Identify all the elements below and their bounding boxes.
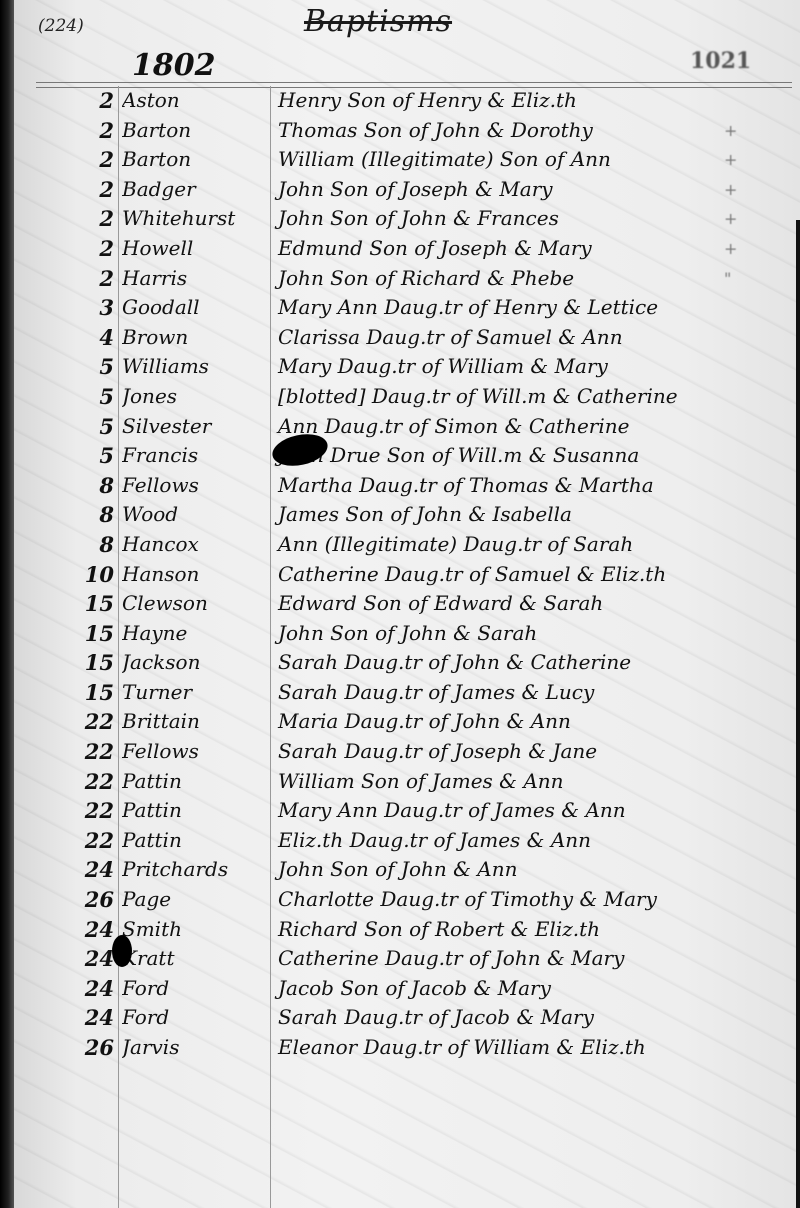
entry-row: 2 Badger John Son of Joseph & Mary + bbox=[14, 175, 800, 205]
entry-row: 24 Ford Jacob Son of Jacob & Mary bbox=[14, 974, 800, 1004]
entry-day: 2 bbox=[58, 145, 114, 175]
entry-day: 5 bbox=[58, 412, 114, 442]
entry-surname: Williams bbox=[122, 352, 270, 382]
entry-text: Catherine Daug.tr of Samuel & Eliz.th bbox=[278, 560, 778, 590]
entry-text: William Son of James & Ann bbox=[278, 767, 778, 797]
entry-day: 10 bbox=[58, 560, 114, 590]
folio-number: (224) bbox=[38, 16, 84, 36]
entry-surname: Ford bbox=[122, 1003, 270, 1033]
entry-text: Mary Daug.tr of William & Mary bbox=[278, 352, 778, 382]
entry-surname: Smith bbox=[122, 915, 270, 945]
entry-day: 5 bbox=[58, 382, 114, 412]
entry-row: 2 Whitehurst John Son of John & Frances … bbox=[14, 204, 800, 234]
entry-row: 22 Pattin Eliz.th Daug.tr of James & Ann bbox=[14, 826, 800, 856]
entry-day: 2 bbox=[58, 234, 114, 264]
entry-day: 15 bbox=[58, 589, 114, 619]
entry-row: 3 Goodall Mary Ann Daug.tr of Henry & Le… bbox=[14, 293, 800, 323]
entry-row: 22 Pattin Mary Ann Daug.tr of James & An… bbox=[14, 796, 800, 826]
entry-row: 22 Fellows Sarah Daug.tr of Joseph & Jan… bbox=[14, 737, 800, 767]
entry-day: 8 bbox=[58, 500, 114, 530]
entry-surname: Clewson bbox=[122, 589, 270, 619]
entry-surname: Fellows bbox=[122, 471, 270, 501]
entry-day: 15 bbox=[58, 648, 114, 678]
entry-text: Henry Son of Henry & Eliz.th bbox=[278, 86, 778, 116]
entry-text: John Son of John & Frances bbox=[278, 204, 778, 234]
entry-surname: Whitehurst bbox=[122, 204, 270, 234]
entry-surname: Brown bbox=[122, 323, 270, 353]
entry-day: 22 bbox=[58, 796, 114, 826]
entry-text: Richard Son of Robert & Eliz.th bbox=[278, 915, 778, 945]
entry-surname: Harris bbox=[122, 264, 270, 294]
baptism-entries: 2 Aston Henry Son of Henry & Eliz.th 2 B… bbox=[14, 86, 800, 1063]
entry-surname: Jones bbox=[122, 382, 270, 412]
entry-day: 2 bbox=[58, 204, 114, 234]
entry-row: 5 Francis John Drue Son of Will.m & Susa… bbox=[14, 441, 800, 471]
page-title: Baptisms bbox=[304, 4, 452, 39]
entry-day: 5 bbox=[58, 352, 114, 382]
entry-row: 2 Aston Henry Son of Henry & Eliz.th bbox=[14, 86, 800, 116]
entry-day: 2 bbox=[58, 175, 114, 205]
entry-row: 15 Jackson Sarah Daug.tr of John & Cathe… bbox=[14, 648, 800, 678]
entry-row: 5 Williams Mary Daug.tr of William & Mar… bbox=[14, 352, 800, 382]
entry-text: James Son of John & Isabella bbox=[278, 500, 778, 530]
entry-day: 5 bbox=[58, 441, 114, 471]
book-spine-edge bbox=[0, 0, 14, 1208]
entry-surname: Pattin bbox=[122, 826, 270, 856]
entry-row: 2 Barton William (Illegitimate) Son of A… bbox=[14, 145, 800, 175]
entry-text: John Son of John & Ann bbox=[278, 855, 778, 885]
entry-day: 8 bbox=[58, 530, 114, 560]
entry-margin-mark: + bbox=[724, 116, 744, 146]
entry-text: Sarah Daug.tr of Jacob & Mary bbox=[278, 1003, 778, 1033]
entry-margin-mark: + bbox=[724, 204, 744, 234]
entry-day: 24 bbox=[58, 855, 114, 885]
entry-text: John Son of John & Sarah bbox=[278, 619, 778, 649]
entry-day: 4 bbox=[58, 323, 114, 353]
entry-row: 2 Barton Thomas Son of John & Dorothy + bbox=[14, 116, 800, 146]
entry-surname: Ford bbox=[122, 974, 270, 1004]
entry-day: 24 bbox=[58, 915, 114, 945]
entry-surname: Page bbox=[122, 885, 270, 915]
entry-surname: Pattin bbox=[122, 767, 270, 797]
entry-text: Mary Ann Daug.tr of Henry & Lettice bbox=[278, 293, 778, 323]
year-heading: 1802 bbox=[132, 48, 216, 83]
entry-row: 10 Hanson Catherine Daug.tr of Samuel & … bbox=[14, 560, 800, 590]
entry-surname: Turner bbox=[122, 678, 270, 708]
entry-text: Edmund Son of Joseph & Mary bbox=[278, 234, 778, 264]
entry-day: 3 bbox=[58, 293, 114, 323]
entry-day: 15 bbox=[58, 619, 114, 649]
entry-text: Mary Ann Daug.tr of James & Ann bbox=[278, 796, 778, 826]
entry-day: 26 bbox=[58, 1033, 114, 1063]
entry-day: 22 bbox=[58, 767, 114, 797]
entry-surname: Hayne bbox=[122, 619, 270, 649]
entry-day: 2 bbox=[58, 116, 114, 146]
entry-surname: Jackson bbox=[122, 648, 270, 678]
entry-text: Maria Daug.tr of John & Ann bbox=[278, 707, 778, 737]
entry-day: 24 bbox=[58, 944, 114, 974]
entry-text: Sarah Daug.tr of James & Lucy bbox=[278, 678, 778, 708]
entry-day: 2 bbox=[58, 86, 114, 116]
entry-text: Sarah Daug.tr of Joseph & Jane bbox=[278, 737, 778, 767]
entry-row: 24 Ford Sarah Daug.tr of Jacob & Mary bbox=[14, 1003, 800, 1033]
entry-surname: Hanson bbox=[122, 560, 270, 590]
register-page: (224) Baptisms 1802 1021 2 Aston Henry S… bbox=[14, 0, 800, 1208]
entry-text: Edward Son of Edward & Sarah bbox=[278, 589, 778, 619]
entry-row: 5 Silvester Ann Daug.tr of Simon & Cathe… bbox=[14, 412, 800, 442]
entry-row: 8 Hancox Ann (Illegitimate) Daug.tr of S… bbox=[14, 530, 800, 560]
entry-text: Charlotte Daug.tr of Timothy & Mary bbox=[278, 885, 778, 915]
entry-text: William (Illegitimate) Son of Ann bbox=[278, 145, 778, 175]
entry-row: 8 Wood James Son of John & Isabella bbox=[14, 500, 800, 530]
entry-surname: Brittain bbox=[122, 707, 270, 737]
entry-day: 15 bbox=[58, 678, 114, 708]
entry-row: 15 Clewson Edward Son of Edward & Sarah bbox=[14, 589, 800, 619]
entry-surname: Jarvis bbox=[122, 1033, 270, 1063]
entry-day: 24 bbox=[58, 1003, 114, 1033]
entry-surname: Pritchards bbox=[122, 855, 270, 885]
entry-text: [blotted] Daug.tr of Will.m & Catherine bbox=[278, 382, 778, 412]
entry-day: 22 bbox=[58, 707, 114, 737]
entry-day: 2 bbox=[58, 264, 114, 294]
entry-margin-mark: + bbox=[724, 175, 744, 205]
entry-text: Ann Daug.tr of Simon & Catherine bbox=[278, 412, 778, 442]
entry-text: Eleanor Daug.tr of William & Eliz.th bbox=[278, 1033, 778, 1063]
entry-text: Martha Daug.tr of Thomas & Martha bbox=[278, 471, 778, 501]
entry-surname: Kratt bbox=[122, 944, 270, 974]
entry-surname: Barton bbox=[122, 145, 270, 175]
entry-text: Catherine Daug.tr of John & Mary bbox=[278, 944, 778, 974]
entry-day: 26 bbox=[58, 885, 114, 915]
entry-row: 26 Jarvis Eleanor Daug.tr of William & E… bbox=[14, 1033, 800, 1063]
entry-surname: Fellows bbox=[122, 737, 270, 767]
entry-day: 8 bbox=[58, 471, 114, 501]
entry-text: Ann (Illegitimate) Daug.tr of Sarah bbox=[278, 530, 778, 560]
entry-margin-mark: + bbox=[724, 145, 744, 175]
entry-surname: Barton bbox=[122, 116, 270, 146]
entry-margin-mark: + bbox=[724, 234, 744, 264]
entry-surname: Silvester bbox=[122, 412, 270, 442]
entry-surname: Goodall bbox=[122, 293, 270, 323]
entry-row: 5 Jones [blotted] Daug.tr of Will.m & Ca… bbox=[14, 382, 800, 412]
entry-row: 2 Howell Edmund Son of Joseph & Mary + bbox=[14, 234, 800, 264]
entry-day: 24 bbox=[58, 974, 114, 1004]
entry-surname: Hancox bbox=[122, 530, 270, 560]
entry-surname: Aston bbox=[122, 86, 270, 116]
entry-row: 26 Page Charlotte Daug.tr of Timothy & M… bbox=[14, 885, 800, 915]
entry-text: John Son of Joseph & Mary bbox=[278, 175, 778, 205]
entry-row: 8 Fellows Martha Daug.tr of Thomas & Mar… bbox=[14, 471, 800, 501]
entry-text: Thomas Son of John & Dorothy bbox=[278, 116, 778, 146]
entry-row: 15 Turner Sarah Daug.tr of James & Lucy bbox=[14, 678, 800, 708]
entry-surname: Francis bbox=[122, 441, 270, 471]
entry-row: 15 Hayne John Son of John & Sarah bbox=[14, 619, 800, 649]
entry-text: John Drue Son of Will.m & Susanna bbox=[278, 441, 778, 471]
entry-text: John Son of Richard & Phebe bbox=[278, 264, 778, 294]
entry-row: 24 Smith Richard Son of Robert & Eliz.th bbox=[14, 915, 800, 945]
entry-text: Clarissa Daug.tr of Samuel & Ann bbox=[278, 323, 778, 353]
entry-day: 22 bbox=[58, 737, 114, 767]
reference-number: 1021 bbox=[690, 48, 751, 74]
entry-day: 22 bbox=[58, 826, 114, 856]
entry-row: 4 Brown Clarissa Daug.tr of Samuel & Ann bbox=[14, 323, 800, 353]
entry-row: 22 Brittain Maria Daug.tr of John & Ann bbox=[14, 707, 800, 737]
ink-blot bbox=[112, 935, 132, 967]
entry-text: Sarah Daug.tr of John & Catherine bbox=[278, 648, 778, 678]
entry-row: 2 Harris John Son of Richard & Phebe " bbox=[14, 264, 800, 294]
entry-row: 22 Pattin William Son of James & Ann bbox=[14, 767, 800, 797]
entry-surname: Pattin bbox=[122, 796, 270, 826]
entry-margin-mark: " bbox=[724, 264, 744, 294]
entry-surname: Wood bbox=[122, 500, 270, 530]
entry-text: Eliz.th Daug.tr of James & Ann bbox=[278, 826, 778, 856]
entry-surname: Badger bbox=[122, 175, 270, 205]
entry-surname: Howell bbox=[122, 234, 270, 264]
entry-text: Jacob Son of Jacob & Mary bbox=[278, 974, 778, 1004]
entry-row: 24 Pritchards John Son of John & Ann bbox=[14, 855, 800, 885]
